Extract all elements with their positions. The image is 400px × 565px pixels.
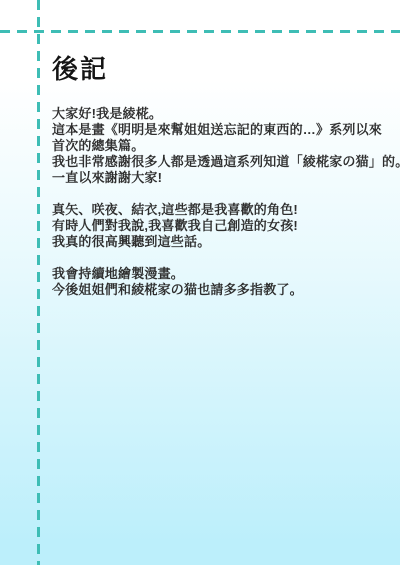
text-line: 我真的很高興聽到這些話。 [52,234,390,250]
afterword-content: 後記 大家好!我是綾椛。 這本是畫《明明是來幫姐姐送忘記的東西的…》系列以來 首… [52,54,390,314]
vertical-dashed-border [37,0,40,565]
text-line: 有時人們對我說,我喜歡我自己創造的女孩! [52,218,390,234]
text-line: 首次的總集篇。 [52,138,390,154]
text-line: 一直以來謝謝大家! [52,170,390,186]
text-line: 我也非常感謝很多人都是透過這系列知道「綾椛家の猫」的。 [52,154,390,170]
horizontal-dashed-border [0,30,400,33]
text-line: 我會持續地繪製漫畫。 [52,266,390,282]
text-line: 真矢、咲夜、結衣,這些都是我喜歡的角色! [52,202,390,218]
page-title: 後記 [52,54,390,84]
text-line: 大家好!我是綾椛。 [52,106,390,122]
paragraph-greeting: 大家好!我是綾椛。 這本是畫《明明是來幫姐姐送忘記的東西的…》系列以來 首次的總… [52,106,390,186]
afterword-page: 後記 大家好!我是綾椛。 這本是畫《明明是來幫姐姐送忘記的東西的…》系列以來 首… [0,0,400,565]
text-line: 今後姐姐們和綾椛家の猫也請多多指教了。 [52,282,390,298]
paragraph-closing: 我會持續地繪製漫畫。 今後姐姐們和綾椛家の猫也請多多指教了。 [52,266,390,298]
paragraph-characters: 真矢、咲夜、結衣,這些都是我喜歡的角色! 有時人們對我說,我喜歡我自己創造的女孩… [52,202,390,250]
text-line: 這本是畫《明明是來幫姐姐送忘記的東西的…》系列以來 [52,122,390,138]
